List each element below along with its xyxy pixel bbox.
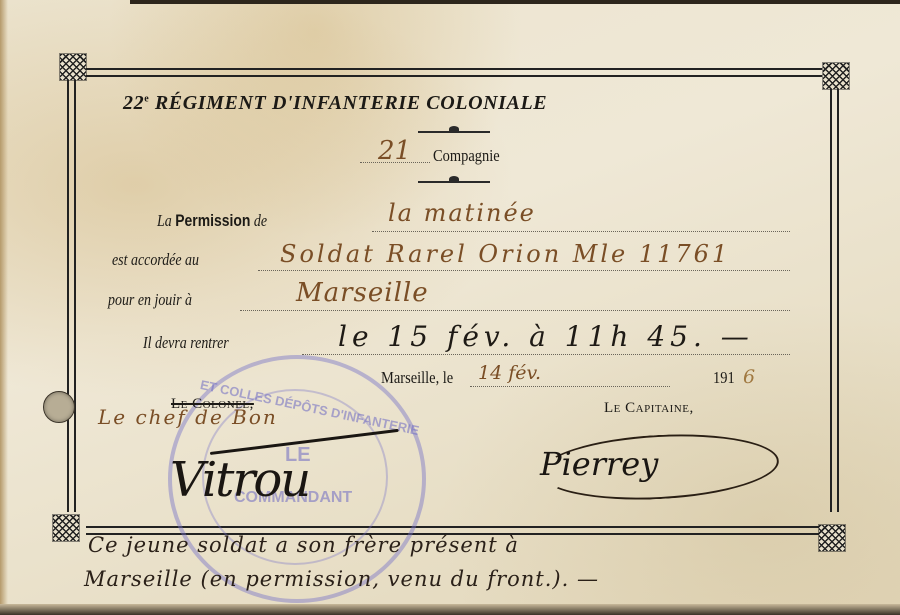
chef-de-bataillon-title: Le chef de Bon <box>98 405 278 429</box>
right-signature: Pierrey <box>540 445 658 483</box>
field-permission-label: La Permission de <box>157 211 267 231</box>
year-handwritten: 6 <box>743 366 755 388</box>
paper-bottom-edge <box>0 604 900 615</box>
footnote-line-2: Marseille (en permission, venu du front.… <box>84 567 599 591</box>
corner-ornament-bottom-left-icon <box>53 515 79 541</box>
field-destination-value: Marseille <box>296 278 429 308</box>
field-permission-line <box>372 231 790 232</box>
label-prefix: La <box>157 211 172 230</box>
border-top-inner <box>86 75 822 77</box>
corner-ornament-bottom-right-icon <box>819 525 845 551</box>
company-number: 21 <box>378 136 411 166</box>
left-signature: Vitrou <box>170 452 309 508</box>
field-destination-line <box>240 310 790 311</box>
paper-left-edge <box>0 0 8 615</box>
label-bold: Permission <box>175 211 250 230</box>
captain-title: Le Capitaine, <box>604 400 694 417</box>
border-left-inner <box>74 80 76 512</box>
divider-ornament-icon-2 <box>449 176 459 182</box>
regiment-number: 22 <box>123 92 144 114</box>
year-printed: 191 <box>713 368 735 388</box>
place-date-label: Marseille, le <box>381 368 453 388</box>
regiment-suffix: e <box>144 93 149 104</box>
field-return-value: le 15 fév. à 11h 45. — <box>338 320 754 353</box>
border-right-outer <box>837 80 839 512</box>
date-day-month: 14 fév. <box>478 362 541 384</box>
field-return-label: Il devra rentrer <box>143 333 229 353</box>
field-permission-value: la matinée <box>388 199 536 227</box>
border-left-outer <box>67 80 69 512</box>
footnote-line-1: Ce jeune soldat a son frère présent à <box>88 533 519 557</box>
border-right-inner <box>830 80 832 512</box>
punch-hole <box>43 391 75 423</box>
field-destination-label: pour en jouir à <box>108 290 192 310</box>
company-label: Compagnie <box>433 146 500 166</box>
field-soldier-line <box>258 270 790 271</box>
date-line <box>470 386 670 387</box>
regiment-title: 22e RÉGIMENT D'INFANTERIE COLONIALE <box>123 92 547 115</box>
field-soldier-value: Soldat Rarel Orion Mle 11761 <box>280 240 730 268</box>
border-top-outer <box>86 68 822 70</box>
divider-ornament-icon <box>449 126 459 132</box>
field-return-line <box>302 354 790 355</box>
regiment-name: RÉGIMENT D'INFANTERIE COLONIALE <box>155 92 547 114</box>
label-suffix: de <box>254 211 267 230</box>
field-soldier-label: est accordée au <box>112 250 199 270</box>
corner-ornament-top-left-icon <box>60 54 86 80</box>
corner-ornament-top-right-icon <box>823 63 849 89</box>
paper-top-edge <box>130 0 900 4</box>
